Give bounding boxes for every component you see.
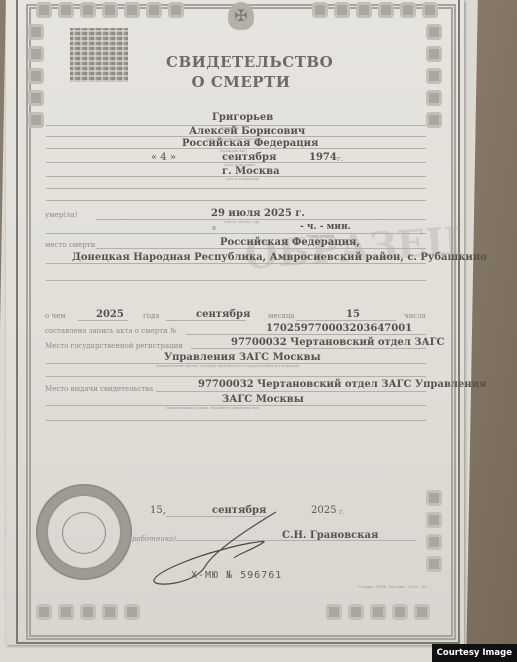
printer-note: Гознак, МПФ, Москва, 2023, «Б» (358, 584, 428, 589)
rule (46, 233, 426, 234)
issue-place-label: Место выдачи свидетельства (45, 385, 153, 393)
year-label: года (143, 312, 159, 320)
rule (46, 263, 426, 264)
day-label: числа (404, 312, 426, 320)
birth-place: г. Москва (222, 166, 280, 177)
death-place-line2: Донецкая Народная Республика, Амвросиевс… (72, 252, 487, 263)
rule (296, 320, 396, 321)
issue-place-line2: ЗАГС Москвы (222, 394, 304, 405)
death-certificate: ✠ ОБРАЗЕЦ СВИДЕТЕЛЬСТВО О СМЕРТИ Григорь… (6, 0, 464, 645)
rule (156, 391, 426, 392)
series-number: X-МЮ № 596761 (191, 570, 282, 581)
bottom-ornament-right (326, 604, 430, 620)
birth-place-caption: (место рождения) (226, 177, 259, 181)
at-label: в (212, 224, 216, 232)
death-date-caption: (число, месяц, год) (224, 220, 259, 224)
document-title: СВИДЕТЕЛЬСТВО О СМЕРТИ (166, 52, 316, 92)
birth-year: 1974 (309, 152, 337, 163)
registration-place-line1: 97700032 Чертановский отдел ЗАГС (231, 337, 445, 348)
rule (186, 334, 426, 335)
record-made-label: составлена запись акта о смерти № (45, 327, 177, 335)
surname: Григорьев (212, 112, 273, 123)
rule (96, 219, 426, 220)
record-month: сентября (196, 309, 250, 320)
record-day: 15 (346, 309, 360, 320)
death-place-line1: Российская Федерация, (220, 237, 360, 248)
year-suffix: г. (337, 155, 343, 163)
rule (166, 320, 246, 321)
left-ornament (28, 24, 44, 128)
death-date: 29 июля 2025 г. (211, 208, 305, 219)
registration-caption: (наименование органа, которым произведен… (156, 364, 299, 368)
bottom-ornament-left (36, 604, 140, 620)
rule (46, 376, 426, 377)
rule (46, 188, 426, 189)
double-headed-eagle-icon: ✠ (228, 2, 254, 30)
name-patronymic: Алексей Борисович (189, 126, 305, 137)
title-line-2: О СМЕРТИ (166, 72, 316, 92)
official-seal-center (62, 512, 106, 554)
registration-place-line2: Управления ЗАГС Москвы (164, 352, 321, 363)
record-year: 2025 (96, 309, 124, 320)
rule (96, 248, 426, 249)
birth-day: « 4 » (151, 152, 176, 163)
right-ornament-bottom (426, 490, 442, 572)
month-label: месяца (268, 312, 295, 320)
rule (46, 200, 426, 201)
death-time: - ч. - мин. (300, 222, 351, 232)
title-line-1: СВИДЕТЕЛЬСТВО (166, 52, 316, 72)
died-label: умер(ла) (45, 211, 77, 219)
right-ornament (426, 24, 442, 128)
issue-year-suffix: г. (339, 508, 345, 516)
record-about-label: о чем (45, 312, 66, 320)
rule (46, 420, 426, 421)
rule (78, 320, 128, 321)
top-ornament-left (36, 2, 184, 18)
top-ornament-right (312, 2, 438, 18)
rule (191, 348, 426, 349)
issue-year: 2025 (311, 505, 336, 516)
citizenship: Российская Федерация (182, 138, 318, 149)
birth-month: сентября (222, 152, 276, 163)
registration-place-label: Место государственной регистрации (45, 342, 183, 350)
issue-place-line1: 97700032 Чертановский отдел ЗАГС Управле… (198, 379, 486, 390)
death-place-label: место смерти (45, 241, 95, 249)
official-name: С.Н. Грановская (282, 530, 378, 541)
issue-caption: (наименование органа, выдавшего свидетел… (166, 406, 259, 410)
rule (46, 280, 426, 281)
image-credit: Courtesy Image (432, 644, 517, 662)
record-number: 170259770003203647001 (266, 323, 412, 334)
qr-code-texture (70, 28, 128, 82)
